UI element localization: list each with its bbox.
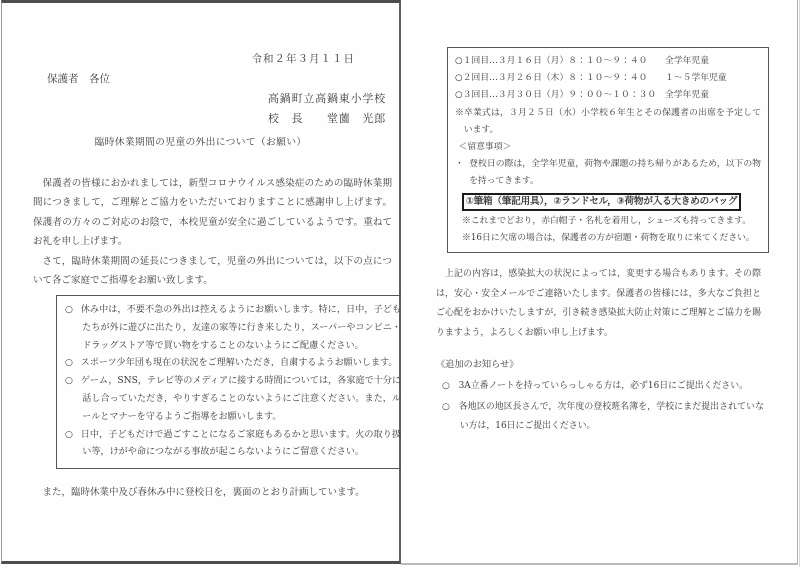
additional-item: ○各地区の地区長さんで，次年度の登校班名簿を，学校にまだ提出されていない方は，1… <box>442 398 764 437</box>
additional-items: ○3A立番ノートを持っていらっしゃる方は，必ず16日にご提出ください。 ○各地区… <box>442 377 764 438</box>
intro-paragraph: 保護者の皆様におかれましては，新型コロナウイルス感染症のための臨時休業期間につき… <box>33 174 392 252</box>
schedule-item: ○１回目…３月１６日（月）８：１０～９：４０ 全学年児童 <box>455 53 761 70</box>
schedule-box: ○１回目…３月１６日（月）８：１０～９：４０ 全学年児童 ○２回目…３月２６日（… <box>447 47 769 253</box>
item-text: 3A立番ノートを持っていらっしゃる方は，必ず16日にご提出ください。 <box>459 381 748 391</box>
item-text: ３回目…３月３０日（月）９：００～１０：３０ 全学年児童 <box>463 90 709 100</box>
item-bullet: ○ <box>455 56 463 66</box>
caution-note: ※これまでどおり，赤白帽子・名札を着用し，シューズも持ってきます。 <box>462 213 761 230</box>
caution-lead: ・登校日の際は，全学年児童，荷物や課題の持ち帰りがあるため，以下の物を持ってきま… <box>455 156 761 190</box>
item-text: 各地区の地区長さんで，次年度の登校班名簿を，学校にまだ提出されていない方は，16… <box>459 402 764 432</box>
item-bullet: ・ <box>455 159 464 169</box>
closing-line: また，臨時休業中及び春休み中に登校日を，裏面のとおり計画しています。 <box>33 484 395 498</box>
request-paragraph: さて，臨時休業期間の延長につきまして，児童の外出については，以下の点について各ご… <box>33 252 392 291</box>
date-line: 令和２年３月１１日 <box>252 51 356 66</box>
item-bullet: ○ <box>65 305 73 315</box>
update-paragraph-block: 上記の内容は，感染拡大の状況によっては，変更する場合もあります。その際は，安心・… <box>436 265 761 343</box>
additional-heading: 《追加のお知らせ》 <box>436 356 518 370</box>
notice-item: ○スポーツ少年団も現在の状況をご理解いただき，自粛するようお願いします。 <box>65 355 401 373</box>
item-bullet: ○ <box>65 358 73 368</box>
recipient-line: 保護者 各位 <box>47 71 110 86</box>
document-title: 臨時休業期間の児童の外出について（お願い） <box>2 134 399 148</box>
additional-item: ○3A立番ノートを持っていらっしゃる方は，必ず16日にご提出ください。 <box>442 377 764 397</box>
item-bullet: ○ <box>65 430 73 440</box>
principal-line: 校 長 堂薗 光郎 <box>268 110 386 126</box>
school-name-line: 高鍋町立高鍋東小学校 <box>268 90 386 106</box>
update-paragraph: 上記の内容は，感染拡大の状況によっては，変更する場合もあります。その際は，安心・… <box>436 265 761 343</box>
graduation-note: ※卒業式は，３月２５日（水）小学校６年生とその保護者の出席を予定しています。 <box>455 105 761 139</box>
item-text: ２回目…３月２６日（木）８：１０～９：４０ １～５学年児童 <box>463 73 727 83</box>
item-text: 休み中は，不要不急の外出は控えるようにお願いします。特に，日中，子どもたちが外に… <box>81 305 401 351</box>
page-right: ○１回目…３月１６日（月）８：１０～９：４０ 全学年児童 ○２回目…３月２６日（… <box>401 0 798 565</box>
item-bullet: ○ <box>442 381 450 391</box>
item-text: ゲーム，SNS，テレビ等のメディアに接する時間については，各家庭で十分に話し合っ… <box>81 376 401 422</box>
item-text: 日中，子どもだけで過ごすことになるご家庭もあるかと思います。火の取り扱い等，けが… <box>81 430 401 458</box>
item-bullet: ○ <box>65 376 73 386</box>
schedule-item: ○２回目…３月２６日（木）８：１０～９：４０ １～５学年児童 <box>455 70 761 87</box>
body-paragraphs: 保護者の皆様におかれましては，新型コロナウイルス感染症のための臨時休業期間につき… <box>33 174 392 290</box>
notice-item: ○日中，子どもだけで過ごすことになるご家庭もあるかと思います。火の取り扱い等，け… <box>65 427 401 463</box>
item-text: スポーツ少年団も現在の状況をご理解いただき，自粛するようお願いします。 <box>81 358 398 368</box>
cautions-heading: ＜留意事項＞ <box>459 139 761 156</box>
notice-item: ○ゲーム，SNS，テレビ等のメディアに接する時間については，各家庭で十分に話し合… <box>65 373 401 426</box>
item-bullet: ○ <box>455 90 463 100</box>
schedule-item: ○３回目…３月３０日（月）９：００～１０：３０ 全学年児童 <box>455 87 761 104</box>
page-left: 令和２年３月１１日 保護者 各位 高鍋町立高鍋東小学校 校 長 堂薗 光郎 臨時… <box>1 0 401 564</box>
notice-box: ○休み中は，不要不急の外出は控えるようにお願いします。特に，日中，子どもたちが外… <box>56 295 407 469</box>
item-text: 登校日の際は，全学年児童，荷物や課題の持ち帰りがあるため，以下の物を持ってきます… <box>469 159 761 186</box>
document-canvas: 令和２年３月１１日 保護者 各位 高鍋町立高鍋東小学校 校 長 堂薗 光郎 臨時… <box>0 0 800 567</box>
notice-item: ○休み中は，不要不急の外出は控えるようにお願いします。特に，日中，子どもたちが外… <box>65 302 401 355</box>
bring-items-box: ①筆箱（筆記用具），②ランドセル，③荷物が入る大きめのバッグ <box>462 193 742 211</box>
item-text: １回目…３月１６日（月）８：１０～９：４０ 全学年児童 <box>463 56 709 66</box>
item-bullet: ○ <box>455 73 463 83</box>
caution-note: ※16日に欠席の場合は，保護者の方が宿題・荷物を取りに来てください。 <box>462 230 761 247</box>
item-bullet: ○ <box>442 402 450 412</box>
